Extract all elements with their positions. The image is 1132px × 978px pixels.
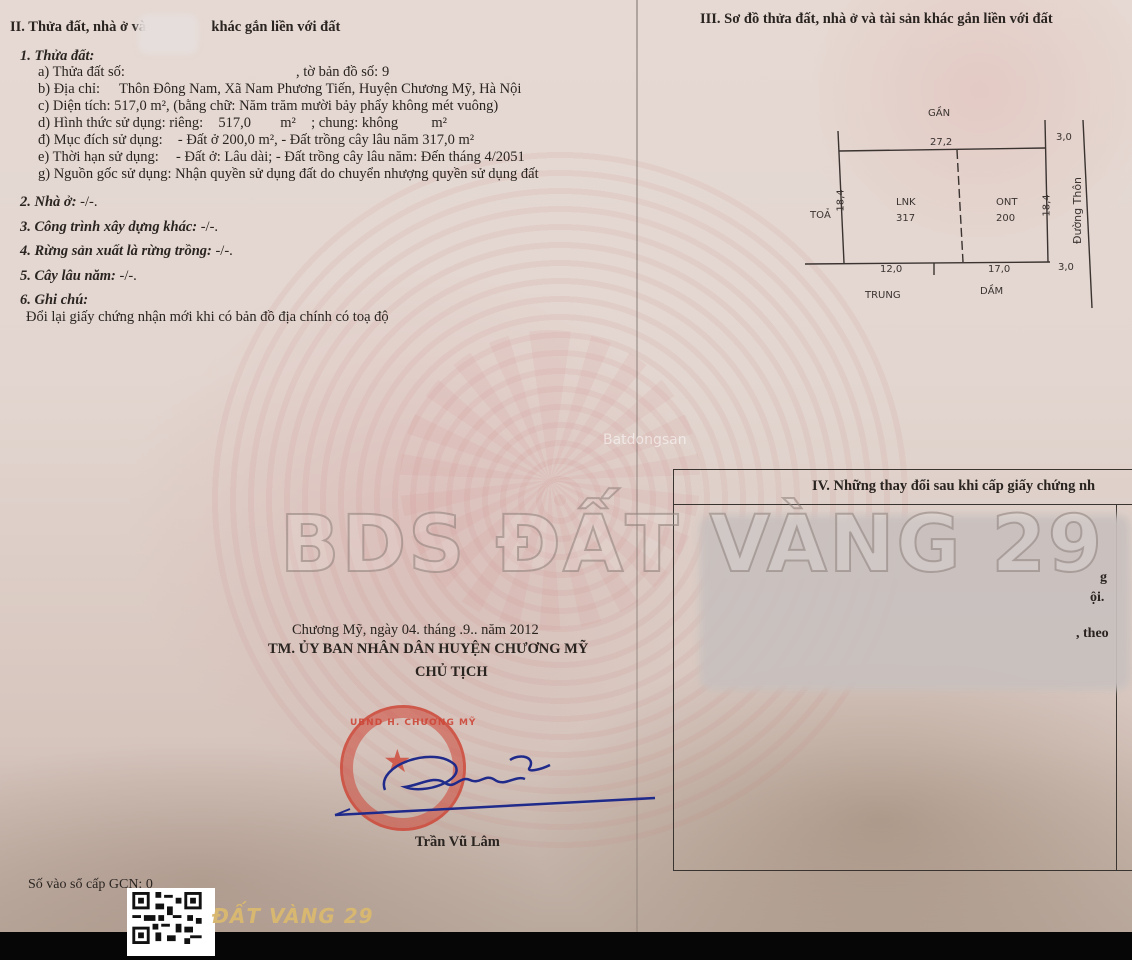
area-row: c) Diện tích: 517,0 m², (bằng chữ: Năm t… [38,97,498,115]
use-form-label: d) Hình thức sử dụng: riêng: [38,115,203,131]
item3-value: -/-. [201,219,218,235]
parcel-ont-code: ONT [996,197,1017,208]
signer-position: CHỦ TỊCH [415,664,488,681]
section-ii-title-head: II. Thửa đất, nhà ở và [10,19,146,35]
item2-row: 2. Nhà ở: -/-. [20,193,97,211]
road-width-bottom: 3,0 [1058,262,1074,273]
west-neighbor: TOẢ [810,210,831,221]
address-label: b) Địa chỉ: [38,81,100,97]
right-height: 18,4 [1042,194,1053,216]
item4-label: 4. Rừng sản xuất là rừng trồng: [20,243,212,259]
item3-label: 3. Công trình xây dựng khác: [20,219,197,235]
section-iii-title: III. Sơ đồ thửa đất, nhà ở và tài sản kh… [700,10,1053,28]
south-neighbor-right: DẦM [980,286,1003,297]
item4-value: -/-. [215,243,232,259]
area-unit: m² [150,98,166,114]
shared-area-unit: m² [431,115,447,131]
item2-label: 2. Nhà ở: [20,194,77,210]
map-sheet-value: 9 [382,63,389,81]
bottom-right-length: 17,0 [988,264,1010,275]
origin-row: g) Nguồn gốc sử dụng: Nhận quyền sử dụng… [38,165,539,183]
top-length: 27,2 [930,137,952,148]
brand-watermark: BDS ĐẤT VÀNG 29 [280,500,1104,590]
item4-row: 4. Rừng sản xuất là rừng trồng: -/-. [20,242,233,260]
parcel-sketch: GẦN 27,2 3,0 18,4 TOẢ LNK 317 ONT 200 18… [800,100,1100,310]
term-label: e) Thời hạn sử dụng: [38,149,159,165]
private-area-unit: m² [280,115,296,131]
item5-label: 5. Cây lâu năm: [20,268,116,284]
address-value: Thôn Đông Nam, Xã Nam Phương Tiến, Huyện… [119,81,521,97]
term-row: e) Thời hạn sử dụng: - Đất ở: Lâu dài; -… [38,148,525,166]
parcel-lnk-area: 317 [896,213,915,224]
map-sheet-label: , tờ bản đồ số: [296,64,378,80]
note-text: Đổi lại giấy chứng nhận mới khi có bản đ… [26,308,389,326]
item5-row: 5. Cây lâu năm: -/-. [20,267,137,285]
east-road-label: Đường Thôn [1071,177,1084,244]
parcel-lnk-code: LNK [896,197,916,208]
qr-code[interactable] [127,888,215,956]
purpose-row: đ) Mục đích sử dụng: - Đất ở 200,0 m², -… [38,131,474,149]
section-ii-title-tail: khác gắn liền với đất [211,19,340,35]
redaction-blur [138,14,198,54]
address-row: b) Địa chỉ: Thôn Đông Nam, Xã Nam Phương… [38,80,521,98]
parcel-number-label: a) Thửa đất số: [38,64,125,80]
site-watermark: Batdongsan [603,432,687,448]
brand-footer-logo: ĐẤT VÀNG 29 [212,904,374,928]
item3-row: 3. Công trình xây dựng khác: -/-. [20,218,218,236]
use-form-row: d) Hình thức sử dụng: riêng: 517,0 m² ; … [38,114,447,132]
term-value: - Đất ở: Lâu dài; - Đất trồng cây lâu nă… [176,149,525,165]
left-height: 18,4 [836,189,847,211]
bottom-left-length: 12,0 [880,264,902,275]
purpose-value: - Đất ở 200,0 m², - Đất trồng cây lâu nă… [178,132,474,148]
shared-area-label: ; chung: [311,115,358,131]
area-value: 517,0 [114,98,147,114]
item6-label: 6. Ghi chú: [20,291,88,309]
origin-label: g) Nguồn gốc sử dụng: [38,166,172,182]
qr-code-icon [131,892,203,944]
origin-value: Nhận quyền sử dụng đất do chuyển nhượng … [175,166,538,182]
issuing-authority: TM. ỦY BAN NHÂN DÂN HUYỆN CHƯƠNG MỸ [268,641,588,658]
item2-value: -/-. [80,194,97,210]
fragment-2: ội. [1090,590,1104,606]
parcel-number-row: a) Thửa đất số: [38,63,125,81]
area-label: c) Diện tích: [38,98,110,114]
north-neighbor: GẦN [928,108,950,119]
parcel-ont-area: 200 [996,213,1015,224]
item5-value: -/-. [120,268,137,284]
south-neighbor-left: TRUNG [865,290,901,301]
signing-place-date: Chương Mỹ, ngày 04. tháng .9.. năm 2012 [292,622,539,639]
signature [325,735,665,830]
shared-area-value: không [362,115,398,131]
purpose-label: đ) Mục đích sử dụng: [38,132,163,148]
road-width-top: 3,0 [1056,132,1072,143]
section-iv-title: IV. Những thay đổi sau khi cấp giấy chứn… [812,478,1095,495]
seal-text: UBND H. CHƯƠNG MỸ [350,718,476,728]
certificate-paper: II. Thửa đất, nhà ở và khác gắn liền với… [0,0,1132,932]
fragment-3: , theo [1076,626,1109,642]
signer-name: Trần Vũ Lâm [415,834,500,851]
private-area-value: 517,0 [218,115,251,131]
map-sheet-row: , tờ bản đồ số: [296,63,378,81]
area-in-words: , (bằng chữ: Năm trăm mười bảy phẩy khôn… [166,98,498,114]
